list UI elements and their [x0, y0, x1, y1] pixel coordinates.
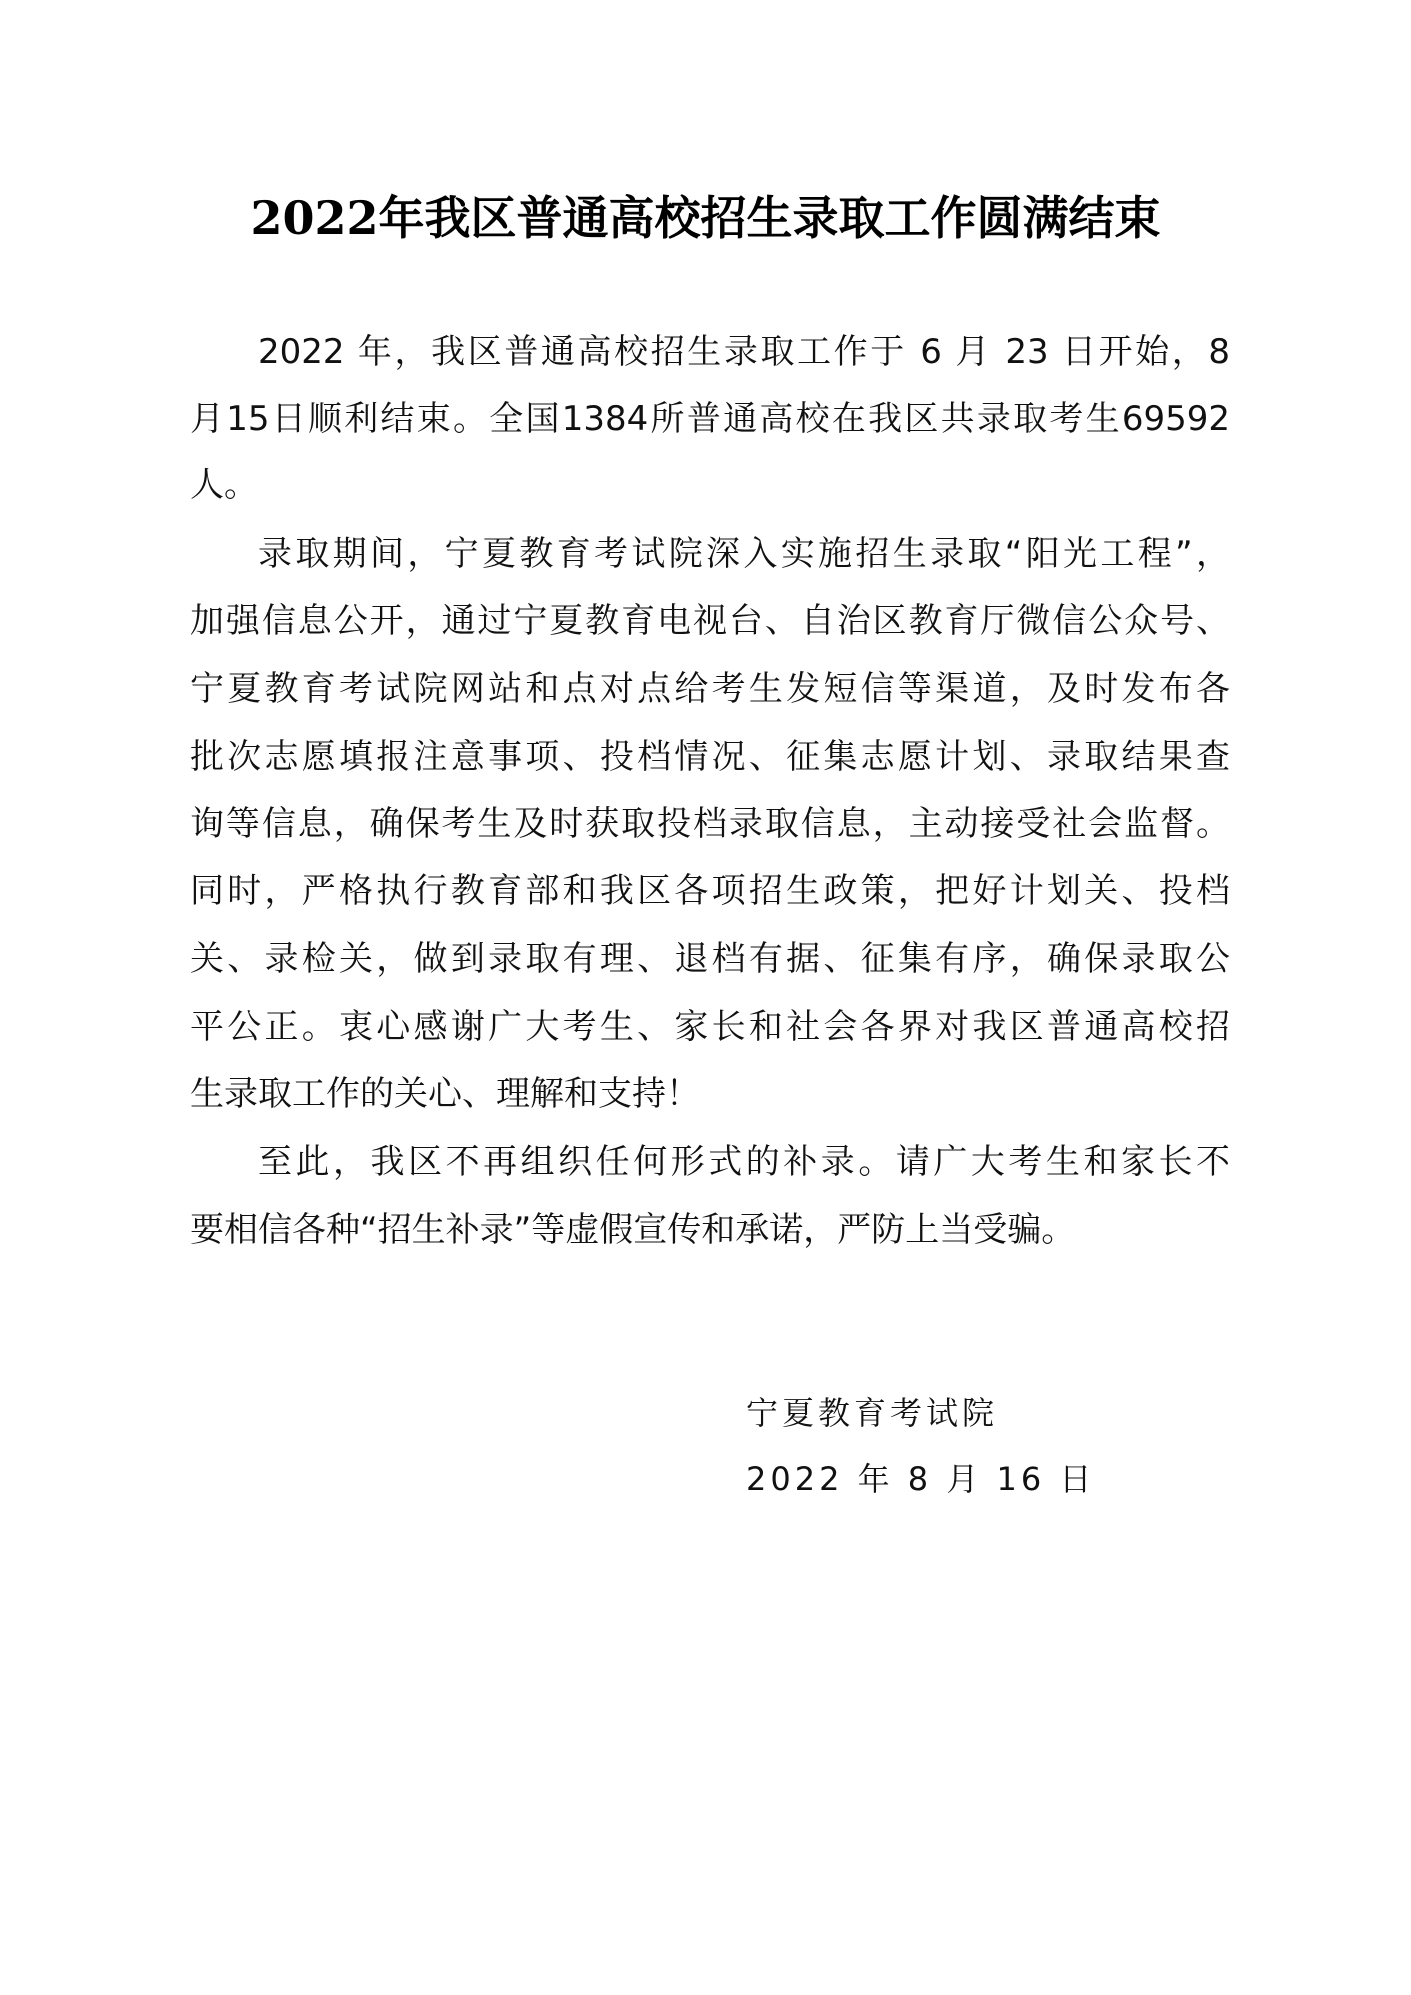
paragraph-3-line-1: 至此，我区不再组织任何形式的补录。请广大考生和家长不 — [258, 1140, 1230, 1184]
paragraph-2-line-6: 同时，严格执行教育部和我区各项招生政策，把好计划关、投档 — [190, 869, 1230, 913]
document-title: 2022年我区普通高校招生录取工作圆满结束 — [0, 190, 1411, 246]
paragraph-3-line-2: 要相信各种“招生补录”等虚假宣传和承诺，严防上当受骗。 — [190, 1208, 1230, 1252]
paragraph-2-line-1: 录取期间，宁夏教育考试院深入实施招生录取“阳光工程”， — [258, 532, 1230, 576]
paragraph-1-line-1: 2022 年，我区普通高校招生录取工作于 6 月 23 日开始，8 — [258, 330, 1230, 374]
paragraph-2-line-4: 批次志愿填报注意事项、投档情况、征集志愿计划、录取结果查 — [190, 735, 1230, 779]
paragraph-2-line-2: 加强信息公开，通过宁夏教育电视台、自治区教育厅微信公众号、 — [190, 599, 1230, 643]
document-page: 2022年我区普通高校招生录取工作圆满结束 2022 年，我区普通高校招生录取工… — [0, 0, 1411, 1995]
signature-organization: 宁夏教育考试院 — [746, 1391, 998, 1435]
paragraph-2-line-9: 生录取工作的关心、理解和支持！ — [190, 1072, 1230, 1116]
paragraph-2-line-5: 询等信息，确保考生及时获取投档录取信息，主动接受社会监督。 — [190, 802, 1230, 846]
paragraph-1-line-3: 人。 — [190, 463, 1230, 507]
paragraph-2-line-7: 关、录检关，做到录取有理、退档有据、征集有序，确保录取公 — [190, 937, 1230, 981]
signature-date: 2022 年 8 月 16 日 — [746, 1457, 1095, 1501]
paragraph-2-line-8: 平公正。衷心感谢广大考生、家长和社会各界对我区普通高校招 — [190, 1005, 1230, 1049]
paragraph-2-line-3: 宁夏教育考试院网站和点对点给考生发短信等渠道，及时发布各 — [190, 667, 1230, 711]
paragraph-1-line-2: 月15日顺利结束。全国1384所普通高校在我区共录取考生69592 — [190, 397, 1230, 441]
